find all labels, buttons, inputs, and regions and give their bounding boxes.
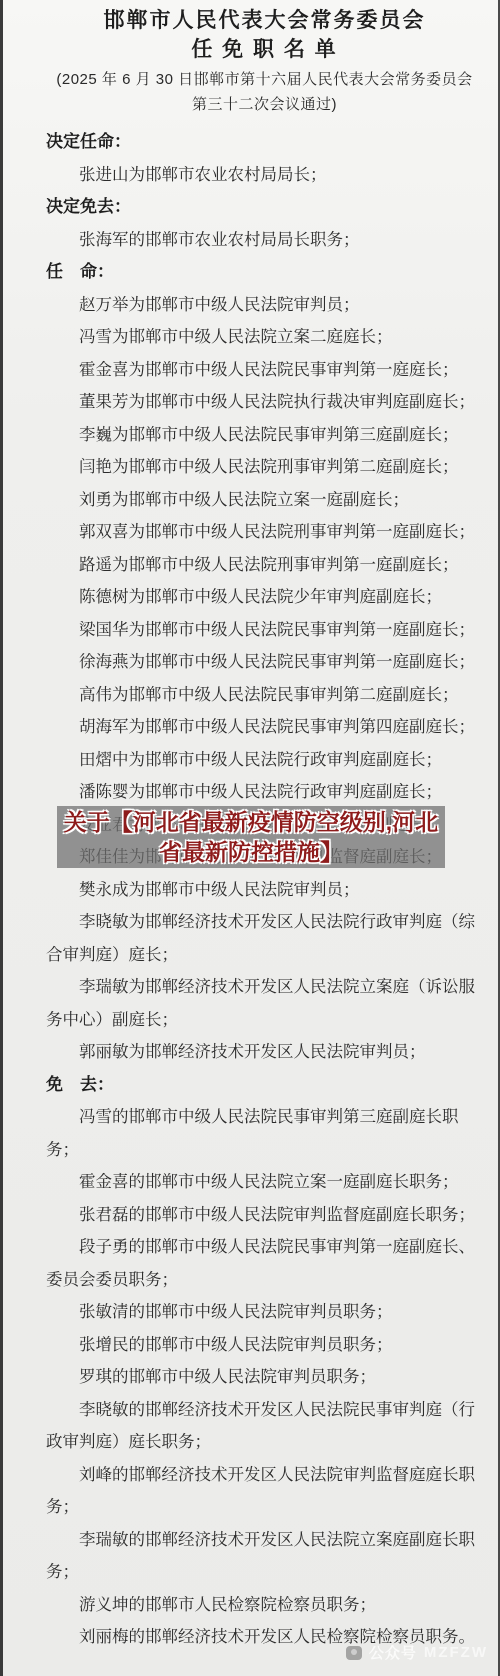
appointment-entry: 张敏清的邯郸市中级人民法院审判员职务；: [46, 1296, 483, 1329]
document-header: 邯郸市人民代表大会常务委员会 任 免 职 名 单 (2025 年 6 月 30 …: [46, 6, 483, 117]
document-body: 决定任命：张进山为邯郸市农业农村局局长；决定免去：张海军的邯郸市农业农村局局长职…: [46, 126, 483, 1654]
appointment-entry: 郭双喜为邯郸市中级人民法院刑事审判第一庭副庭长；: [46, 516, 483, 549]
publisher-watermark: 公众号 MZFZW: [346, 1642, 488, 1663]
document-title: 邯郸市人民代表大会常务委员会 任 免 职 名 单: [46, 6, 483, 64]
appointment-entry: 李巍为邯郸市中级人民法院民事审判第三庭副庭长；: [46, 419, 483, 452]
section-heading: 任 命：: [46, 256, 483, 289]
appointment-entry: 冯雪为邯郸市中级人民法院立案二庭庭长；: [46, 321, 483, 354]
appointment-entry: 霍金喜的邯郸市中级人民法院立案一庭副庭长职务；: [46, 1166, 483, 1199]
appointment-entry: 张增民的邯郸市中级人民法院审判员职务；: [46, 1329, 483, 1362]
section-heading: 免 去：: [46, 1069, 483, 1102]
appointment-entry: 徐海燕为邯郸市中级人民法院民事审判第一庭副庭长；: [46, 646, 483, 679]
appointment-entry: 董果芳为邯郸市中级人民法院执行裁决审判庭副庭长；: [46, 386, 483, 419]
watermark-code: MZFZW: [424, 1644, 488, 1661]
appointment-entry: 段子勇的邯郸市中级人民法院民事审判第一庭副庭长、委员会委员职务；: [46, 1231, 483, 1296]
appointment-entry: 樊永成为邯郸市中级人民法院审判员；: [46, 874, 483, 907]
appointment-entry: 李瑞敏为邯郸经济技术开发区人民法院立案庭（诉讼服务中心）副庭长；: [46, 971, 483, 1036]
appointment-entry: 李晓敏的邯郸经济技术开发区人民法院民事审判庭（行政审判庭）庭长职务；: [46, 1394, 483, 1459]
appointment-entry: 李晓敏为邯郸经济技术开发区人民法院行政审判庭（综合审判庭）庭长；: [46, 906, 483, 971]
appointment-entry: 冯雪的邯郸市中级人民法院民事审判第三庭副庭长职务；: [46, 1101, 483, 1166]
subtitle-line-2: 第三十二次会议通过): [46, 92, 483, 117]
appointment-entry: 胡海军为邯郸市中级人民法院民事审判第四庭副庭长；: [46, 711, 483, 744]
appointment-entry: 陈德树为邯郸市中级人民法院少年审判庭副庭长；: [46, 581, 483, 614]
section-heading: 决定免去：: [46, 191, 483, 224]
appointment-entry: 刘勇为邯郸市中级人民法院立案一庭副庭长；: [46, 484, 483, 517]
appointment-entry: 罗琪的邯郸市中级人民法院审判员职务；: [46, 1361, 483, 1394]
subtitle-line-1: (2025 年 6 月 30 日邯郸市第十六届人民代表大会常务委员会: [46, 67, 483, 92]
appointment-entry: 张君磊的邯郸市中级人民法院审判监督庭副庭长职务；: [46, 1199, 483, 1232]
appointment-entry: 霍金喜为邯郸市中级人民法院民事审判第一庭庭长；: [46, 354, 483, 387]
appointment-entry: 游义坤的邯郸市人民检察院检察员职务；: [46, 1589, 483, 1622]
appointment-entry: 郭丽敏为邯郸经济技术开发区人民法院审判员；: [46, 1036, 483, 1069]
overlay-watermark-text: 关于【河北省最新疫情防空级别,河北省最新防控措施】: [61, 807, 441, 867]
appointment-entry: 田熠中为邯郸市中级人民法院行政审判庭副庭长；: [46, 744, 483, 777]
appointment-entry: 张进山为邯郸市农业农村局局长；: [46, 159, 483, 192]
appointment-entry: 闫艳为邯郸市中级人民法院刑事审判第二庭副庭长；: [46, 451, 483, 484]
title-line-1: 邯郸市人民代表大会常务委员会: [46, 6, 483, 35]
document-page: 邯郸市人民代表大会常务委员会 任 免 职 名 单 (2025 年 6 月 30 …: [0, 0, 500, 1676]
appointment-entry: 赵万举为邯郸市中级人民法院审判员；: [46, 289, 483, 322]
appointment-entry: 张海军的邯郸市农业农村局局长职务；: [46, 224, 483, 257]
appointment-entry: 潘陈婴为邯郸市中级人民法院行政审判庭副庭长；: [46, 776, 483, 809]
appointment-entry: 梁国华为邯郸市中级人民法院民事审判第一庭副庭长；: [46, 614, 483, 647]
document-subtitle: (2025 年 6 月 30 日邯郸市第十六届人民代表大会常务委员会 第三十二次…: [46, 67, 483, 117]
watermark-label: 公众号: [369, 1642, 417, 1663]
appointment-entry: 高伟为邯郸市中级人民法院民事审判第二庭副庭长；: [46, 679, 483, 712]
overlay-watermark-band: 关于【河北省最新疫情防空级别,河北省最新防控措施】: [57, 806, 445, 868]
section-heading: 决定任命：: [46, 126, 483, 159]
appointment-entry: 路遥为邯郸市中级人民法院刑事审判第一庭副庭长；: [46, 549, 483, 582]
appointment-entry: 刘峰的邯郸经济技术开发区人民法院审判监督庭庭长职务；: [46, 1459, 483, 1524]
publisher-logo-icon: [346, 1646, 362, 1660]
title-line-2: 任 免 职 名 单: [46, 35, 483, 64]
appointment-entry: 李瑞敏的邯郸经济技术开发区人民法院立案庭副庭长职务；: [46, 1524, 483, 1589]
